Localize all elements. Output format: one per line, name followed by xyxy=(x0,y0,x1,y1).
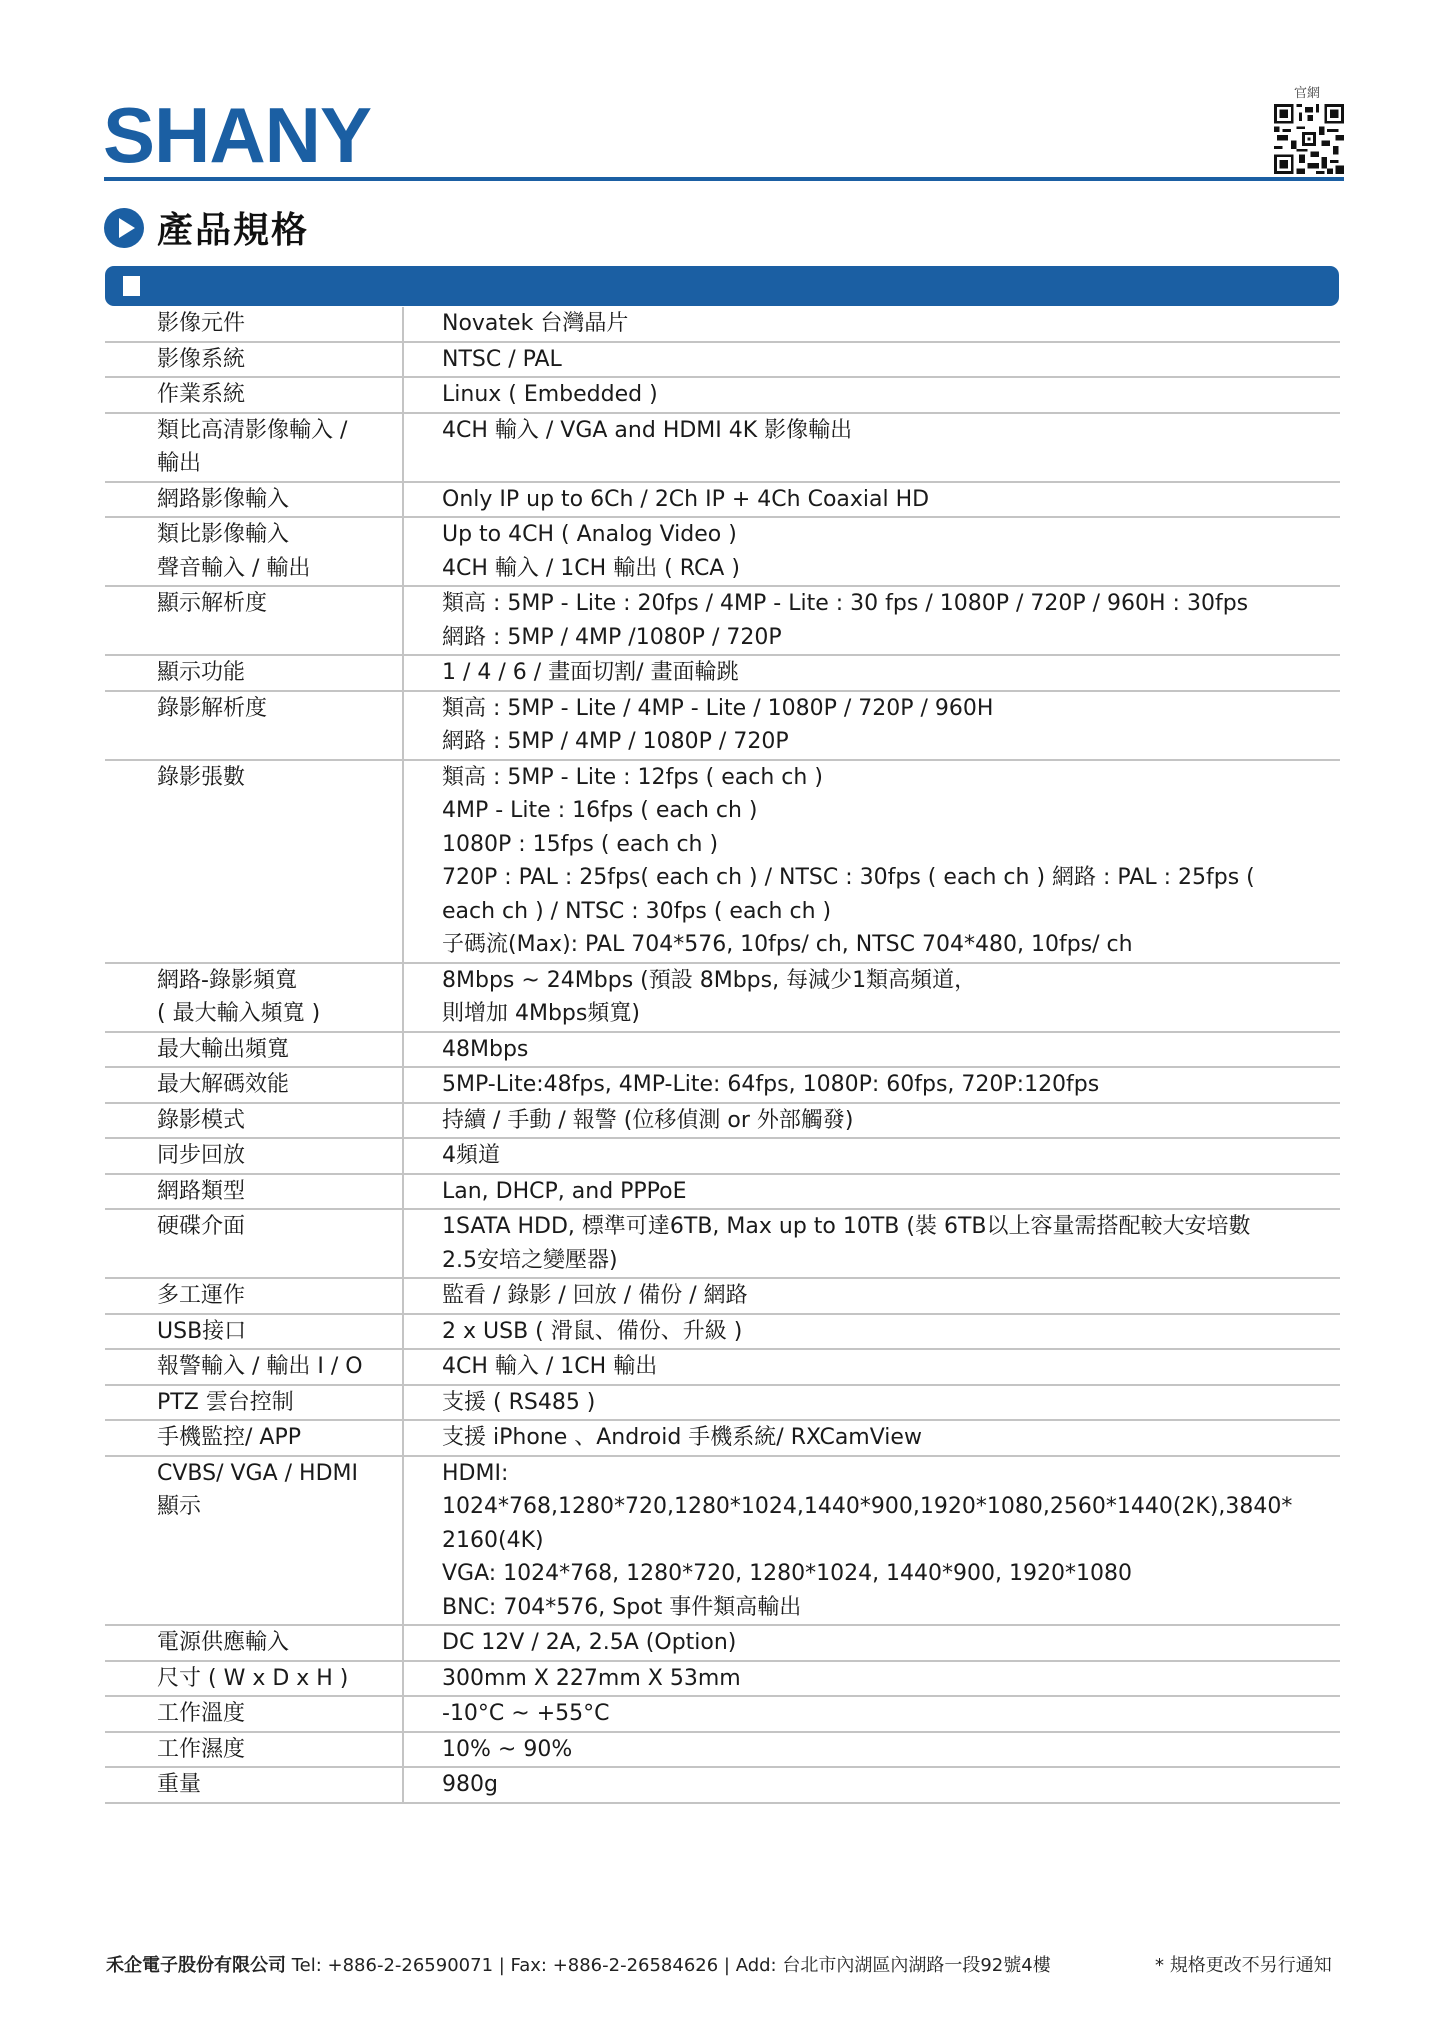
spec-value: 2 x USB ( 滑鼠、備份、升級 ) xyxy=(403,1314,1340,1350)
spec-row: 工作濕度10% ~ 90% xyxy=(105,1732,1340,1768)
spec-row: 作業系統Linux ( Embedded ) xyxy=(105,377,1340,413)
spec-row: 重量980g xyxy=(105,1767,1340,1803)
spec-value-line: 持續 / 手動 / 報警 (位移偵測 or 外部觸發) xyxy=(442,1104,1340,1138)
spec-label-line: 工作溫度 xyxy=(157,1697,402,1731)
spec-value: Linux ( Embedded ) xyxy=(403,377,1340,413)
spec-label-line: 影像元件 xyxy=(157,307,402,341)
spec-row: 尺寸 ( W x D x H )300mm X 227mm X 53mm xyxy=(105,1661,1340,1697)
spec-row: 錄影模式持續 / 手動 / 報警 (位移偵測 or 外部觸發) xyxy=(105,1103,1340,1139)
spec-value-line: 類高 : 5MP - Lite : 20fps / 4MP - Lite : 3… xyxy=(442,587,1340,621)
header-divider xyxy=(104,177,1344,181)
spec-value-line: 4MP - Lite : 16fps ( each ch ) xyxy=(442,794,1340,828)
spec-value-line: 4CH 輸入 / VGA and HDMI 4K 影像輸出 xyxy=(442,414,1340,448)
spec-label-line: 顯示解析度 xyxy=(157,587,402,621)
spec-value: 10% ~ 90% xyxy=(403,1732,1340,1768)
spec-value-line: 網路 : 5MP / 4MP / 1080P / 720P xyxy=(442,725,1340,759)
spec-row: 錄影解析度類高 : 5MP - Lite / 4MP - Lite / 1080… xyxy=(105,691,1340,760)
spec-value-line: 則增加 4Mbps頻寬) xyxy=(442,997,1340,1031)
spec-row: 類比高清影像輸入 /輸出4CH 輸入 / VGA and HDMI 4K 影像輸… xyxy=(105,413,1340,482)
qr-label: 官網 xyxy=(1294,82,1320,101)
spec-label: 尺寸 ( W x D x H ) xyxy=(105,1661,403,1697)
spec-value-line: 2 x USB ( 滑鼠、備份、升級 ) xyxy=(442,1315,1340,1349)
spec-label: 影像元件 xyxy=(105,307,403,342)
spec-label-line: 最大輸出頻寬 xyxy=(157,1033,402,1067)
spec-label: 最大輸出頻寬 xyxy=(105,1032,403,1068)
spec-label: 錄影模式 xyxy=(105,1103,403,1139)
spec-value: 4頻道 xyxy=(403,1138,1340,1174)
spec-value: 類高 : 5MP - Lite : 20fps / 4MP - Lite : 3… xyxy=(403,586,1340,655)
spec-row: 同步回放4頻道 xyxy=(105,1138,1340,1174)
spec-value: DC 12V / 2A, 2.5A (Option) xyxy=(403,1625,1340,1661)
spec-label-line: 輸出 xyxy=(157,447,402,481)
spec-value-line xyxy=(442,447,1340,481)
spec-value: 4CH 輸入 / 1CH 輸出 xyxy=(403,1349,1340,1385)
spec-label-line: 顯示功能 xyxy=(157,656,402,690)
spec-value: 支援 iPhone 、Android 手機系統/ RXCamView xyxy=(403,1420,1340,1456)
spec-label: 網路影像輸入 xyxy=(105,482,403,518)
spec-label: 錄影張數 xyxy=(105,760,403,963)
spec-label-line: 多工運作 xyxy=(157,1279,402,1313)
spec-label-line: 工作濕度 xyxy=(157,1733,402,1767)
square-bullet-icon xyxy=(123,276,140,296)
spec-value-line: 720P : PAL : 25fps( each ch ) / NTSC : 3… xyxy=(442,861,1340,895)
spec-label: 顯示解析度 xyxy=(105,586,403,655)
spec-label-line: 作業系統 xyxy=(157,378,402,412)
spec-value-line: each ch ) / NTSC : 30fps ( each ch ) xyxy=(442,895,1340,929)
spec-label-line: 硬碟介面 xyxy=(157,1210,402,1244)
spec-label: 報警輸入 / 輸出 I / O xyxy=(105,1349,403,1385)
spec-row: 報警輸入 / 輸出 I / O4CH 輸入 / 1CH 輸出 xyxy=(105,1349,1340,1385)
spec-value-line: 980g xyxy=(442,1768,1340,1802)
spec-value-line: 1SATA HDD, 標準可達6TB, Max up to 10TB (裝 6T… xyxy=(442,1210,1340,1244)
spec-value-line: 2.5安培之變壓器) xyxy=(442,1244,1340,1278)
spec-label-line: CVBS/ VGA / HDMI xyxy=(157,1457,402,1491)
spec-row: 工作溫度-10°C ~ +55°C xyxy=(105,1696,1340,1732)
spec-value: Only IP up to 6Ch / 2Ch IP + 4Ch Coaxial… xyxy=(403,482,1340,518)
spec-label-line: 影像系統 xyxy=(157,343,402,377)
spec-value-line: Linux ( Embedded ) xyxy=(442,378,1340,412)
company-name: 禾企電子股份有限公司 xyxy=(106,1955,286,1976)
spec-value: 5MP-Lite:48fps, 4MP-Lite: 64fps, 1080P: … xyxy=(403,1067,1340,1103)
spec-label: 類比影像輸入 xyxy=(105,517,403,552)
section-heading: 產品規格 xyxy=(104,202,309,253)
footer-contact: 禾企電子股份有限公司 Tel: +886-2-26590071 | Fax: +… xyxy=(106,1951,1051,1977)
spec-label-line: 類比高清影像輸入 / xyxy=(157,414,402,448)
spec-row: 網路-錄影頻寬( 最大輸入頻寬 )8Mbps ~ 24Mbps (預設 8Mbp… xyxy=(105,963,1340,1032)
spec-value-line: DC 12V / 2A, 2.5A (Option) xyxy=(442,1626,1340,1660)
spec-label-line: 錄影張數 xyxy=(157,761,402,795)
spec-value-line: 1024*768,1280*720,1280*1024,1440*900,192… xyxy=(442,1490,1340,1524)
spec-label-line: 尺寸 ( W x D x H ) xyxy=(157,1662,402,1696)
spec-value: 類高 : 5MP - Lite / 4MP - Lite / 1080P / 7… xyxy=(403,691,1340,760)
spec-label-line: PTZ 雲台控制 xyxy=(157,1386,402,1420)
spec-value-line: Up to 4CH ( Analog Video ) xyxy=(442,518,1340,552)
contact-info: Tel: +886-2-26590071 | Fax: +886-2-26584… xyxy=(286,1955,1051,1976)
spec-label-line: 同步回放 xyxy=(157,1139,402,1173)
spec-value-line: 監看 / 錄影 / 回放 / 備份 / 網路 xyxy=(442,1279,1340,1313)
spec-value-line: 支援 ( RS485 ) xyxy=(442,1386,1340,1420)
spec-value: 1 / 4 / 6 / 畫面切割/ 畫面輪跳 xyxy=(403,655,1340,691)
spec-label: 聲音輸入 / 輸出 xyxy=(105,552,403,587)
spec-label: 多工運作 xyxy=(105,1278,403,1314)
spec-label: 同步回放 xyxy=(105,1138,403,1174)
spec-value: 8Mbps ~ 24Mbps (預設 8Mbps, 每減少1類高頻道，則增加 4… xyxy=(403,963,1340,1032)
spec-row: 最大解碼效能5MP-Lite:48fps, 4MP-Lite: 64fps, 1… xyxy=(105,1067,1340,1103)
spec-label: USB接口 xyxy=(105,1314,403,1350)
spec-value: 支援 ( RS485 ) xyxy=(403,1385,1340,1421)
qr-code-icon[interactable] xyxy=(1274,104,1344,174)
spec-value-line: NTSC / PAL xyxy=(442,343,1340,377)
spec-label-line: 網路-錄影頻寬 xyxy=(157,964,402,998)
spec-value: 4CH 輸入 / 1CH 輸出 ( RCA ) xyxy=(403,552,1340,587)
spec-table: 影像元件Novatek 台灣晶片影像系統NTSC / PAL作業系統Linux … xyxy=(105,307,1340,1804)
spec-label: 工作溫度 xyxy=(105,1696,403,1732)
spec-row: 錄影張數類高 : 5MP - Lite : 12fps ( each ch )4… xyxy=(105,760,1340,963)
spec-row: 網路影像輸入Only IP up to 6Ch / 2Ch IP + 4Ch C… xyxy=(105,482,1340,518)
spec-row: 硬碟介面1SATA HDD, 標準可達6TB, Max up to 10TB (… xyxy=(105,1209,1340,1278)
spec-value-line: 1 / 4 / 6 / 畫面切割/ 畫面輪跳 xyxy=(442,656,1340,690)
spec-label: CVBS/ VGA / HDMI顯示 xyxy=(105,1456,403,1626)
spec-value: 48Mbps xyxy=(403,1032,1340,1068)
spec-label: 顯示功能 xyxy=(105,655,403,691)
spec-label: 錄影解析度 xyxy=(105,691,403,760)
spec-label-line: 最大解碼效能 xyxy=(157,1068,402,1102)
spec-row: 手機監控/ APP支援 iPhone 、Android 手機系統/ RXCamV… xyxy=(105,1420,1340,1456)
spec-row: 影像系統NTSC / PAL xyxy=(105,342,1340,378)
spec-row: PTZ 雲台控制支援 ( RS485 ) xyxy=(105,1385,1340,1421)
spec-value: 1SATA HDD, 標準可達6TB, Max up to 10TB (裝 6T… xyxy=(403,1209,1340,1278)
spec-value-line: -10°C ~ +55°C xyxy=(442,1697,1340,1731)
spec-label-line: 電源供應輸入 xyxy=(157,1626,402,1660)
spec-label: 影像系統 xyxy=(105,342,403,378)
spec-row: 網路類型Lan, DHCP, and PPPoE xyxy=(105,1174,1340,1210)
spec-label-line: 報警輸入 / 輸出 I / O xyxy=(157,1350,402,1384)
spec-label: 工作濕度 xyxy=(105,1732,403,1768)
spec-label-line: ( 最大輸入頻寬 ) xyxy=(157,997,402,1031)
spec-label-line: 錄影解析度 xyxy=(157,692,402,726)
spec-label: PTZ 雲台控制 xyxy=(105,1385,403,1421)
spec-value: NTSC / PAL xyxy=(403,342,1340,378)
section-title: 產品規格 xyxy=(157,202,309,253)
spec-row: 顯示功能1 / 4 / 6 / 畫面切割/ 畫面輪跳 xyxy=(105,655,1340,691)
spec-value-line: 4頻道 xyxy=(442,1139,1340,1173)
spec-label: 手機監控/ APP xyxy=(105,1420,403,1456)
spec-label-line: 網路類型 xyxy=(157,1175,402,1209)
spec-row: 電源供應輸入DC 12V / 2A, 2.5A (Option) xyxy=(105,1625,1340,1661)
spec-value-line: 支援 iPhone 、Android 手機系統/ RXCamView xyxy=(442,1421,1340,1455)
spec-label-line: 網路影像輸入 xyxy=(157,483,402,517)
spec-label: 硬碟介面 xyxy=(105,1209,403,1278)
spec-label: 作業系統 xyxy=(105,377,403,413)
spec-row: 顯示解析度類高 : 5MP - Lite : 20fps / 4MP - Lit… xyxy=(105,586,1340,655)
spec-label-line: 重量 xyxy=(157,1768,402,1802)
spec-row: 多工運作監看 / 錄影 / 回放 / 備份 / 網路 xyxy=(105,1278,1340,1314)
spec-value: Up to 4CH ( Analog Video ) xyxy=(403,517,1340,552)
spec-label: 電源供應輸入 xyxy=(105,1625,403,1661)
spec-value-line: 8Mbps ~ 24Mbps (預設 8Mbps, 每減少1類高頻道， xyxy=(442,964,1340,998)
spec-label: 最大解碼效能 xyxy=(105,1067,403,1103)
spec-value: HDMI:1024*768,1280*720,1280*1024,1440*90… xyxy=(403,1456,1340,1626)
spec-value-line: 類高 : 5MP - Lite / 4MP - Lite / 1080P / 7… xyxy=(442,692,1340,726)
spec-label: 重量 xyxy=(105,1767,403,1803)
spec-value-line: Novatek 台灣晶片 xyxy=(442,307,1340,341)
spec-value-line: 5MP-Lite:48fps, 4MP-Lite: 64fps, 1080P: … xyxy=(442,1068,1340,1102)
spec-value-line: 4CH 輸入 / 1CH 輸出 xyxy=(442,1350,1340,1384)
spec-value-line: VGA: 1024*768, 1280*720, 1280*1024, 1440… xyxy=(442,1557,1340,1591)
spec-value: 持續 / 手動 / 報警 (位移偵測 or 外部觸發) xyxy=(403,1103,1340,1139)
spec-value: 4CH 輸入 / VGA and HDMI 4K 影像輸出 xyxy=(403,413,1340,482)
spec-value-line: 4CH 輸入 / 1CH 輸出 ( RCA ) xyxy=(442,552,1340,586)
spec-value-line: 2160(4K) xyxy=(442,1524,1340,1558)
spec-row: 類比影像輸入Up to 4CH ( Analog Video ) xyxy=(105,517,1340,552)
spec-value-line: 10% ~ 90% xyxy=(442,1733,1340,1767)
spec-label-line: 手機監控/ APP xyxy=(157,1421,402,1455)
spec-value-line: 類高 : 5MP - Lite : 12fps ( each ch ) xyxy=(442,761,1340,795)
spec-row: USB接口2 x USB ( 滑鼠、備份、升級 ) xyxy=(105,1314,1340,1350)
play-circle-icon xyxy=(104,208,144,248)
spec-row: 聲音輸入 / 輸出4CH 輸入 / 1CH 輸出 ( RCA ) xyxy=(105,552,1340,587)
spec-value-line: 300mm X 227mm X 53mm xyxy=(442,1662,1340,1696)
spec-change-notice: * 規格更改不另行通知 xyxy=(1155,1951,1332,1977)
spec-value-line: 子碼流(Max): PAL 704*576, 10fps/ ch, NTSC 7… xyxy=(442,928,1340,962)
spec-row: CVBS/ VGA / HDMI顯示HDMI:1024*768,1280*720… xyxy=(105,1456,1340,1626)
brand-logo: SHANY xyxy=(103,96,371,174)
spec-label-line: USB接口 xyxy=(157,1315,402,1349)
spec-row: 最大輸出頻寬48Mbps xyxy=(105,1032,1340,1068)
spec-label: 網路類型 xyxy=(105,1174,403,1210)
spec-label-line: 聲音輸入 / 輸出 xyxy=(157,552,402,586)
spec-value: Lan, DHCP, and PPPoE xyxy=(403,1174,1340,1210)
spec-value: 300mm X 227mm X 53mm xyxy=(403,1661,1340,1697)
spec-value: -10°C ~ +55°C xyxy=(403,1696,1340,1732)
spec-label: 網路-錄影頻寬( 最大輸入頻寬 ) xyxy=(105,963,403,1032)
spec-value: 類高 : 5MP - Lite : 12fps ( each ch )4MP -… xyxy=(403,760,1340,963)
spec-label-line: 顯示 xyxy=(157,1490,402,1524)
spec-label-line: 錄影模式 xyxy=(157,1104,402,1138)
spec-value: 980g xyxy=(403,1767,1340,1803)
spec-value-line: Lan, DHCP, and PPPoE xyxy=(442,1175,1340,1209)
spec-label-line: 類比影像輸入 xyxy=(157,518,402,552)
spec-row: 影像元件Novatek 台灣晶片 xyxy=(105,307,1340,342)
spec-value-line: 1080P : 15fps ( each ch ) xyxy=(442,828,1340,862)
spec-value-line: Only IP up to 6Ch / 2Ch IP + 4Ch Coaxial… xyxy=(442,483,1340,517)
spec-value: 監看 / 錄影 / 回放 / 備份 / 網路 xyxy=(403,1278,1340,1314)
spec-value-line: 48Mbps xyxy=(442,1033,1340,1067)
spec-value-line: 網路 : 5MP / 4MP /1080P / 720P xyxy=(442,621,1340,655)
table-header-band xyxy=(105,266,1339,306)
spec-value-line: BNC: 704*576, Spot 事件類高輸出 xyxy=(442,1591,1340,1625)
spec-value-line: HDMI: xyxy=(442,1457,1340,1491)
spec-value: Novatek 台灣晶片 xyxy=(403,307,1340,342)
spec-label: 類比高清影像輸入 /輸出 xyxy=(105,413,403,482)
